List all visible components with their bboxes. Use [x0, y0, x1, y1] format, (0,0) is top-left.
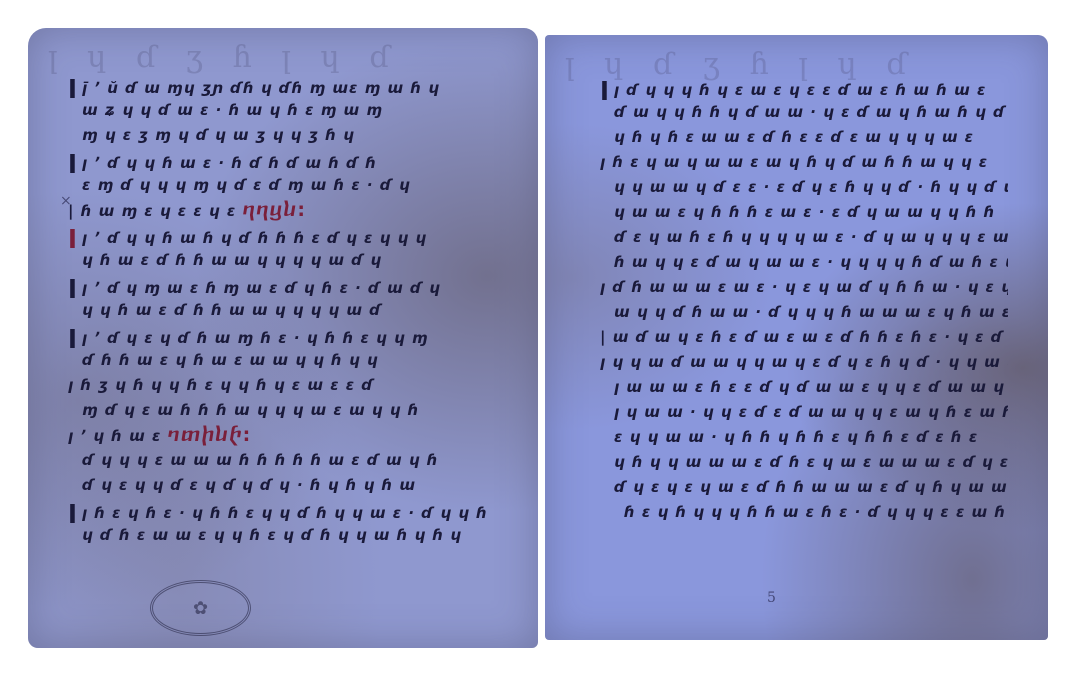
initial-letter-icon: ꞁ: [600, 75, 610, 100]
initial-letter-icon: ꞁ: [68, 498, 78, 523]
line-text: | ɦ ɯ ɱ ɛ ɥ ɛ ɛ ɥ ɛ: [68, 202, 236, 220]
text-line: ɗ ɥ ɛ ɥ ɛ ɥ ɯ ɛ ɗ ɦ ɦ ɯ ɯ ɯ ɛ ɗ ɥ ɦ ɥ ɯ …: [600, 475, 1008, 500]
text-line: ꞁ ɯ ɯ ɯ ɛ ɦ ɛ ɛ ɗ ɥ ɗ ɯ ɯ ɛ ɥ ɥ ɛ ɗ ɯ ɯ …: [600, 375, 1008, 400]
text-line: ɦ ɯ ɥ ɥ ɛ ɗ ɯ ɥ ɯ ɯ ɛ · ɥ ɥ ɥ ɥ ɦ ɗ ɯ ɦ …: [600, 250, 1008, 275]
text-line: ɗ ɦ ɦ ɯ ɛ ɥ ɦ ɯ ɛ ɯ ɯ ɥ ɥ ɦ ɥ ɥ: [68, 348, 498, 373]
initial-letter-icon: ꞁ: [68, 73, 78, 98]
text-line: ɛ ɥ ɥ ɯ ɯ · ɥ ɦ ɦ ɥ ɦ ɦ ɛ ɥ ɦ ɦ ɛ ɗ ɛ ɦ …: [600, 425, 1008, 450]
red-initial-letter-icon: ꞁ: [68, 223, 78, 248]
text-line: ɥ ɗ ɦ ɛ ɯ ɯ ɛ ɥ ɥ ɦ ɛ ɥ ɗ ɦ ɥ ɥ ɯ ɦ ɥ ɦ …: [68, 523, 498, 548]
line-text: ꞁ ʼ ɗ ɥ ɱ ɯ ɛ ɦ ɱ ɯ ɛ ɗ ɥ ɦ ɛ · ɗ ɯ ɗ ɥ: [82, 279, 441, 297]
text-line: ꞁꞁ ɦ ɛ ɥ ɦ ɛ · ɥ ɦ ɦ ɛ ɥ ɥ ɗ ɦ ɥ ɥ ɯ ɛ ·…: [68, 498, 498, 523]
initial-letter-icon: ꞁ: [68, 323, 78, 348]
initial-letter-icon: ꞁ: [68, 148, 78, 173]
text-line: ɯ ʑ ɥ ɥ ɗ ɯ ɛ · ɦ ɯ ɥ ɦ ɛ ɱ ɯ ɱ: [68, 98, 498, 123]
text-line: ɥ ɦ ɯ ɛ ɗ ɦ ɦ ɯ ɯ ɥ ɥ ɥ ɥ ɯ ɗ ɥ: [68, 248, 498, 273]
text-line: | ɯ ɗ ɯ ɥ ɛ ɦ ɛ ɗ ɯ ɛ ɯ ɛ ɗ ɦ ɦ ɛ ɦ ɛ · …: [600, 325, 1008, 350]
text-line: ɥ ɥ ɯ ɯ ɥ ɗ ɛ ɛ · ɛ ɗ ɥ ɛ ɦ ɥ ɥ ɗ · ɦ ɥ …: [600, 175, 1008, 200]
text-line: ɥ ɦ ɥ ɥ ɯ ɯ ɯ ɛ ɗ ɦ ɛ ɥ ɯ ɛ ɯ ɯ ɯ ɛ ɗ ɥ …: [600, 450, 1008, 475]
text-line: ɛ ɱ ɗ ɥ ɥ ɥ ɱ ɥ ɗ ɛ ɗ ɱ ɯ ɦ ɛ · ɗ ɥ: [68, 173, 498, 198]
text-line: ɥ ɯ ɯ ɛ ɥ ɦ ɦ ɦ ɛ ɯ ɛ · ɛ ɗ ɥ ɯ ɯ ɥ ɥ ɦ …: [600, 200, 1008, 225]
line-text: ꞁ ʼ ɗ ɥ ɥ ɦ ɯ ɛ · ɦ ɗ ɦ ɗ ɯ ɦ ɗ ɦ: [82, 154, 377, 172]
text-line: ꞁꞁ ʼ ɗ ɥ ɛ ɥ ɗ ɦ ɯ ɱ ɦ ɛ · ɥ ɦ ɦ ɛ ɥ ɥ ɱ: [68, 323, 498, 348]
text-line: ɱ ɗ ɥ ɛ ɯ ɦ ɦ ɦ ɯ ɥ ɥ ɥ ɯ ɛ ɯ ɥ ɥ ɦ: [68, 398, 498, 423]
text-line: ꞁꞁ ɗ ɥ ɥ ɥ ɦ ɥ ɛ ɯ ɛ ɥ ɛ ɛ ɗ ɯ ɛ ɦ ɯ ɦ ɯ…: [600, 75, 1008, 100]
line-text: ꞁ̄ ʼ ŭ ɗ ɯ ɱɥ ʒɲ ɗɦ ɥ ɗɦ ɱ ɯɛ ɱ ɯ ɦ ɥ: [82, 79, 440, 97]
text-line: ꞁꞁ ʼ ɗ ɥ ɱ ɯ ɛ ɦ ɱ ɯ ɛ ɗ ɥ ɦ ɛ · ɗ ɯ ɗ ɥ: [68, 273, 498, 298]
text-line: ɥ ɦ ɥ ɦ ɛ ɯ ɯ ɛ ɗ ɦ ɛ ɛ ɗ ɛ ɯ ɥ ɥ ɥ ɯ ɛ: [600, 125, 1008, 150]
text-line: ꞁꞁ ʼ ɗ ɥ ɥ ɦ ɯ ɦ ɥ ɗ ɦ ɦ ɦ ɛ ɗ ɥ ɛ ɥ ɥ ɥ: [68, 223, 498, 248]
text-line: ɦ ɛ ɥ ɦ ɥ ɥ ɥ ɦ ɦ ɯ ɛ ɦ ɛ · ɗ ɥ ɥ ɥ ɛ ɛ …: [600, 500, 1008, 525]
text-line: ɗ ɯ ɥ ɥ ɦ ɦ ɥ ɗ ɯ ɯ · ɥ ɛ ɗ ɯ ɥ ɦ ɯ ɦ ɥ …: [600, 100, 1008, 125]
text-line: | ɦ ɯ ɱ ɛ ɥ ɛ ɛ ɥ ɛ ⴄⴄⴁⴑ:: [68, 198, 498, 223]
line-text: ꞁ ʼ ɗ ɥ ɥ ɦ ɯ ɦ ɥ ɗ ɦ ɦ ɦ ɛ ɗ ɥ ɛ ɥ ɥ ɥ: [82, 229, 427, 247]
text-line: ꞁꞁ̄ ʼ ŭ ɗ ɯ ɱɥ ʒɲ ɗɦ ɥ ɗɦ ɱ ɯɛ ɱ ɯ ɦ ɥ: [68, 73, 498, 98]
right-text-block: ꞁꞁ ɗ ɥ ɥ ɥ ɦ ɥ ɛ ɯ ɛ ɥ ɛ ɛ ɗ ɯ ɛ ɦ ɯ ɦ ɯ…: [600, 75, 1008, 525]
text-line: ꞁ ɥ ɯ ɯ · ɥ ɥ ɛ ɗ ɛ ɗ ɯ ɯ ɥ ɥ ɛ ɯ ɥ ɦ ɛ …: [600, 400, 1008, 425]
left-manuscript-page: ꞁ ɥ ɗ ʒ ɦ ꞁ ɥ ɗ × ꞁꞁ̄ ʼ ŭ ɗ ɯ ɱɥ ʒɲ ɗɦ ɥ…: [28, 28, 538, 648]
text-line: ꞁ ɗ ɦ ɯ ɯ ɯ ɛ ɯ ɛ · ɥ ɛ ɥ ɯ ɗ ɥ ɦ ɦ ɯ · …: [600, 275, 1008, 300]
library-stamp-icon: ✿: [150, 580, 251, 636]
text-line: ꞁ ɥ ɥ ɯ ɗ ɯ ɯ ɥ ɥ ɯ ɥ ɛ ɗ ɥ ɛ ɦ ɥ ɗ · ɥ …: [600, 350, 1008, 375]
text-line: ɯ ɥ ɥ ɗ ɦ ɯ ɯ · ɗ ɥ ɥ ɥ ɦ ɯ ɯ ɯ ɛ ɥ ɦ ɯ …: [600, 300, 1008, 325]
line-text: ꞁ ʼ ɥ ɦ ɯ ɛ: [68, 427, 161, 445]
text-line: ꞁ ɦ ɛ ɥ ɯ ɥ ɯ ɯ ɛ ɯ ɥ ɦ ɥ ɗ ɯ ɦ ɦ ɯ ɥ ɥ …: [600, 150, 1008, 175]
right-manuscript-page: ꞁ ɥ ɗ ʒ ɦ ꞁ ɥ ɗ ꞁꞁ ɗ ɥ ɥ ɥ ɦ ɥ ɛ ɯ ɛ ɥ ɛ…: [545, 35, 1048, 640]
text-line: ɥ ɥ ɦ ɯ ɛ ɗ ɦ ɦ ɯ ɯ ɥ ɥ ɥ ɥ ɯ ɗ: [68, 298, 498, 323]
red-rubric: ⴄⴄⴁⴑ:: [242, 199, 306, 221]
initial-letter-icon: ꞁ: [68, 273, 78, 298]
line-text: ꞁ ʼ ɗ ɥ ɛ ɥ ɗ ɦ ɯ ɱ ɦ ɛ · ɥ ɦ ɦ ɛ ɥ ɥ ɱ: [82, 329, 429, 347]
page-number-mark: 5: [767, 590, 776, 606]
line-text: ꞁ ɗ ɥ ɥ ɥ ɦ ɥ ɛ ɯ ɛ ɥ ɛ ɛ ɗ ɯ ɛ ɦ ɯ ɦ ɯ …: [614, 81, 986, 99]
text-line: ꞁ ɦ ʒ ɥ ɦ ɥ ɥ ɦ ɛ ɥ ɥ ɦ ɥ ɛ ɯ ɛ ɛ ɗ: [68, 373, 498, 398]
text-line: ɗ ɥ ɛ ɥ ɥ ɗ ɛ ɥ ɗ ɥ ɗ ɥ · ɦ ɥ ɦ ɥ ɦ ɯ: [68, 473, 498, 498]
red-rubric: ⴈⴇⴙⴑⴡ:: [168, 424, 252, 446]
text-line: ɱ ɥ ɛ ʒ ɱ ɥ ɗ ɥ ɯ ʒ ɥ ɥ ʒ ɦ ɥ: [68, 123, 498, 148]
left-text-block: ꞁꞁ̄ ʼ ŭ ɗ ɯ ɱɥ ʒɲ ɗɦ ɥ ɗɦ ɱ ɯɛ ɱ ɯ ɦ ɥ ɯ…: [68, 73, 498, 548]
text-line: ɗ ɛ ɥ ɯ ɦ ɛ ɦ ɥ ɥ ɥ ɥ ɯ ɛ · ɗ ɥ ɯ ɥ ɥ ɥ …: [600, 225, 1008, 250]
text-line: ꞁ ʼ ɥ ɦ ɯ ɛ ⴈⴇⴙⴑⴡ:: [68, 423, 498, 448]
text-line: ɗ ɥ ɥ ɥ ɛ ɯ ɯ ɯ ɦ ɦ ɦ ɦ ɦ ɯ ɛ ɗ ɯ ɥ ɦ: [68, 448, 498, 473]
text-line: ꞁꞁ ʼ ɗ ɥ ɥ ɦ ɯ ɛ · ɦ ɗ ɦ ɗ ɯ ɦ ɗ ɦ: [68, 148, 498, 173]
line-text: ꞁ ɦ ɛ ɥ ɦ ɛ · ɥ ɦ ɦ ɛ ɥ ɥ ɗ ɦ ɥ ɥ ɯ ɛ · …: [82, 504, 488, 522]
